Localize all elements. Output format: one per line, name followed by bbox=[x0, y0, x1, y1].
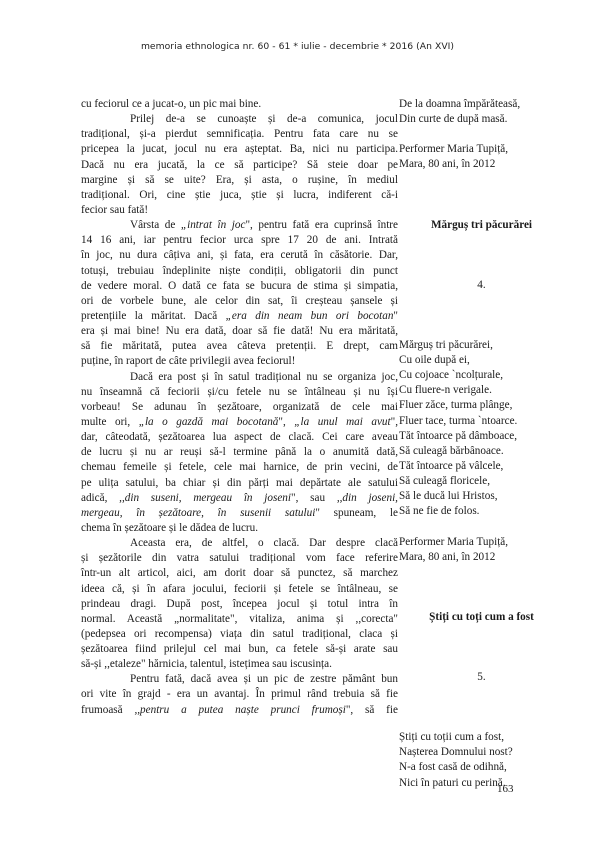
text-line: șezătoarea fiind prilejul cel mai bun, c… bbox=[81, 642, 398, 657]
text-run: " spuneam, le bbox=[315, 507, 398, 519]
text-line: și șezătorile din vatra satului tradițio… bbox=[81, 551, 398, 566]
verse-line: Cu cojoace `ncolțurale, bbox=[399, 368, 564, 383]
text-line: ori vite în grajd - era un avantaj. În p… bbox=[81, 687, 398, 702]
text-run: frumoasă bbox=[81, 704, 134, 716]
text-line: margine și să se uite? Era, și asta, o r… bbox=[81, 173, 398, 188]
page-number: 163 bbox=[497, 783, 514, 795]
verse-line: Să ne fie de folos. bbox=[399, 504, 564, 519]
quoted-italic: „la unul mai avut bbox=[294, 416, 390, 428]
quoted-italic: „intrat în joc bbox=[181, 219, 246, 231]
verse-column: De la doamna împărăteasă,Din curte de du… bbox=[399, 97, 564, 791]
text-line: Dacă nu era jucată, la ce să participe? … bbox=[81, 158, 398, 173]
text-line: mergeau, în șezătoare, în susenii satulu… bbox=[81, 506, 398, 521]
verse-line: Să culeagă floricele, bbox=[399, 474, 564, 489]
running-header: memoria ethnologica nr. 60 - 61 * iulie … bbox=[0, 41, 595, 52]
text-line: ideea că, și în afara jocului, feciorii … bbox=[81, 582, 398, 597]
spacer bbox=[399, 685, 564, 730]
text-line: Vârsta de „intrat în joc", pentru fată e… bbox=[81, 218, 398, 233]
text-line: de lucru și nu ar reuși să-l termine pân… bbox=[81, 445, 398, 460]
verse-line: Tăt întoarce pă dâmboace, bbox=[399, 429, 564, 444]
text-line: pe ulița satului, ba chiar și din părți … bbox=[81, 476, 398, 491]
text-line: de vedere moral. O dată ce fata se bucur… bbox=[81, 279, 398, 294]
spacer bbox=[399, 565, 564, 610]
text-line: Aceasta era, de altfel, o clacă. Dar des… bbox=[81, 536, 398, 551]
quoted-italic: ,,pentru a putea naște prunci frumoși bbox=[134, 704, 345, 716]
spacer bbox=[399, 233, 564, 278]
verse-line: Mărguș tri păcurărei, bbox=[399, 338, 564, 353]
text-run: ", pentru fată era cuprinsă între bbox=[245, 219, 398, 231]
song-number: 4. bbox=[399, 278, 564, 293]
quoted-italic: „la o gazdă mai bocotană bbox=[139, 416, 279, 428]
body-text-column: cu feciorul ce a jucat-o, un pic mai bin… bbox=[81, 97, 398, 718]
verse-line: Știți cu toții cum a fost, bbox=[399, 730, 564, 745]
verse-line: Mara, 80 ani, în 2012 bbox=[399, 157, 564, 172]
text-line: dar, câteodată, șezătoarea lua aspect de… bbox=[81, 430, 398, 445]
verse-line: Tăt întoarce pă vâlcele, bbox=[399, 459, 564, 474]
quoted-italic: ,,din joseni, bbox=[337, 492, 398, 504]
text-line: într-un alt articol, aici, am dorit doar… bbox=[81, 566, 398, 581]
text-line: 14 16 ani, iar pentru fecior urca spre 1… bbox=[81, 233, 398, 248]
song-number: 5. bbox=[399, 670, 564, 685]
text-run: ", sau bbox=[291, 492, 337, 504]
song-title: Știți cu toți cum a fost bbox=[399, 610, 564, 625]
text-line: Dacă era post și în satul tradițional nu… bbox=[81, 370, 398, 385]
verse-line: Să culeagă bărbânoace. bbox=[399, 444, 564, 459]
text-line: nu înseamnă că feciorii și/cu fetele nu … bbox=[81, 385, 398, 400]
text-line: chemau femeile și fetele, cele mai harni… bbox=[81, 460, 398, 475]
text-run: ", să fie bbox=[346, 704, 398, 716]
text-run: adică, bbox=[81, 492, 119, 504]
verse-line: Să le ducă lui Hristos, bbox=[399, 489, 564, 504]
text-line: prindeau dragi. După post, începea jocul… bbox=[81, 597, 398, 612]
text-line: pretențiile la măritat. Dacă „era din ne… bbox=[81, 309, 398, 324]
quoted-italic: ,,din suseni, mergeau în joseni bbox=[119, 492, 291, 504]
spacer bbox=[399, 293, 564, 338]
verse-line: De la doamna împărăteasă, bbox=[399, 97, 564, 112]
text-run: Vârsta de bbox=[130, 219, 181, 231]
text-line: tradițional, și-a pierdut semnificația. … bbox=[81, 127, 398, 142]
verse-line: Fluer zăce, turma plânge, bbox=[399, 398, 564, 413]
text-run: pretențiile la măritat. Dacă bbox=[81, 310, 226, 322]
text-line: multe ori, „la o gazdă mai bocotană", „l… bbox=[81, 415, 398, 430]
text-line: să-și ,,etaleze" hărnicia, talentul, ist… bbox=[81, 657, 398, 672]
verse-line: Mara, 80 ani, în 2012 bbox=[399, 550, 564, 565]
spacer bbox=[399, 520, 564, 535]
quoted-italic: „era din neam bun ori bocotan bbox=[226, 310, 394, 322]
text-line: totuși, trebuiau îndeplinite niște condi… bbox=[81, 264, 398, 279]
verse-line: Nașterea Domnului nost? bbox=[399, 745, 564, 760]
spacer bbox=[399, 127, 564, 142]
text-run: ", bbox=[278, 416, 294, 428]
song-title: Mărguș tri păcurărei bbox=[399, 218, 564, 233]
verse-line: Din curte de după masă. bbox=[399, 112, 564, 127]
text-line: ori de vorbele bune, ale celor din sat, … bbox=[81, 294, 398, 309]
text-line: cu feciorul ce a jucat-o, un pic mai bin… bbox=[81, 97, 398, 112]
spacer bbox=[399, 625, 564, 670]
text-line: adică, ,,din suseni, mergeau în joseni",… bbox=[81, 491, 398, 506]
verse-line: N-a fost casă de odihnă, bbox=[399, 760, 564, 775]
text-line: Prilej de-a se cunoaște și de-a comunica… bbox=[81, 112, 398, 127]
verse-line: Performer Maria Tupiță, bbox=[399, 535, 564, 550]
verse-line: Cu oile după ei, bbox=[399, 353, 564, 368]
verse-line: Fluer tace, turma `ntoarce. bbox=[399, 414, 564, 429]
text-line: pricepea la jucat, jocul nu era așteptat… bbox=[81, 142, 398, 157]
text-run: " bbox=[393, 310, 398, 322]
spacer bbox=[399, 173, 564, 218]
text-run: multe ori, bbox=[81, 416, 139, 428]
text-line: vorbeau! Se adunau în șezătoare, organiz… bbox=[81, 400, 398, 415]
verse-line: Nici în paturi cu perină. bbox=[399, 776, 564, 791]
text-line: să fie măritată, putea avea câteva prete… bbox=[81, 339, 398, 354]
text-line: în joc, nu dura câțiva ani, și fata, era… bbox=[81, 248, 398, 263]
text-line: fecior sau fată! bbox=[81, 203, 398, 218]
verse-line: Performer Maria Tupiță, bbox=[399, 142, 564, 157]
text-line: (pedepsea ori recompensa) viața din satu… bbox=[81, 627, 398, 642]
text-line: frumoasă ,,pentru a putea naște prunci f… bbox=[81, 703, 398, 718]
text-line: era și mai bine! Nu era dată, doar să fi… bbox=[81, 324, 398, 339]
text-line: normal. Această „normalitate", vitaliza,… bbox=[81, 612, 398, 627]
text-line: tradițional. Ori, cine știe juca, știe ș… bbox=[81, 188, 398, 203]
text-run: ", bbox=[391, 416, 398, 428]
text-line: puține, în raport de câte privilegii ave… bbox=[81, 354, 398, 369]
quoted-italic: mergeau, în șezătoare, în susenii satulu… bbox=[81, 507, 315, 519]
verse-line: Cu fluere-n verigale. bbox=[399, 383, 564, 398]
text-line: Pentru fată, dacă avea și un pic de zest… bbox=[81, 672, 398, 687]
text-line: chema în șezătoare și le dădea de lucru. bbox=[81, 521, 398, 536]
